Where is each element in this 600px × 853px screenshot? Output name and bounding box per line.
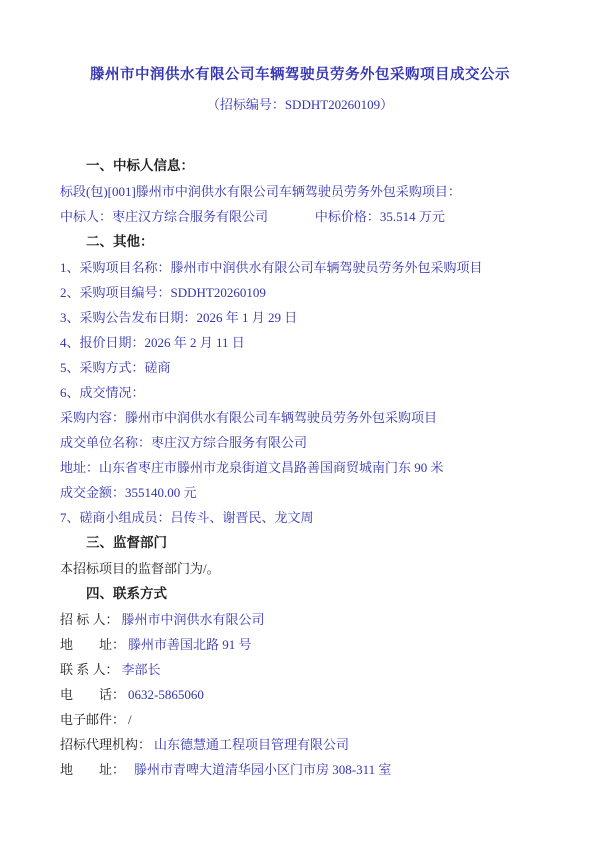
other-item-panel-members: 7、磋商小组成员：吕传斗、谢晋民、龙文周 [60,509,540,526]
other-item-deal-status: 6、成交情况： [60,384,540,401]
contact-label: 招标代理机构： [60,737,151,752]
contact-value: 李部长 [122,662,161,677]
section-heading-other: 二、其他： [86,233,540,250]
other-item-announce-date: 3、采购公告发布日期：2026 年 1 月 29 日 [60,309,540,326]
price-label: 中标价格： [315,209,380,224]
contact-value: 山东德慧通工程项目管理有限公司 [154,737,349,752]
other-item-company-address: 地址：山东省枣庄市滕州市龙泉街道文昌路善国商贸城南门东 90 米 [60,459,540,476]
other-item-deal-amount: 成交金额：355140.00 元 [60,484,540,501]
lot-line: 标段(包)[001]滕州市中润供水有限公司车辆驾驶员劳务外包采购项目： [60,183,540,200]
contact-row-phone: 电 话：0632-5865060 [60,686,540,703]
document-title: 滕州市中润供水有限公司车辆驾驶员劳务外包采购项目成交公示 [60,67,540,84]
price-value: 35.514 万元 [380,209,445,224]
contact-row-tenderer: 招 标 人：滕州市中润供水有限公司 [60,611,540,628]
tender-number-line: （招标编号：SDDHT20260109） [60,96,540,113]
contact-value: 滕州市善国北路 91 号 [128,637,252,652]
other-item-method: 5、采购方式：磋商 [60,359,540,376]
contact-label: 地 址： [60,762,125,777]
other-item-project-number: 2、采购项目编号：SDDHT20260109 [60,284,540,301]
contact-value: 0632-5865060 [128,687,204,702]
document-page: 滕州市中润供水有限公司车辆驾驶员劳务外包采购项目成交公示 （招标编号：SDDHT… [0,0,600,853]
contact-row-person: 联 系 人：李部长 [60,661,540,678]
winner-price-line: 中标人：枣庄汉方综合服务有限公司中标价格：35.514 万元 [60,208,540,225]
section-heading-winner-info: 一、中标人信息： [86,157,540,174]
contact-row-agency-address: 地 址：滕州市青啤大道清华园小区门市房 308-311 室 [60,761,540,778]
contact-label: 招 标 人： [60,612,119,627]
contact-value: 滕州市青啤大道清华园小区门市房 308-311 室 [134,762,391,777]
supervision-body: 本招标项目的监督部门为/。 [60,560,540,577]
contact-value: 滕州市中润供水有限公司 [122,612,265,627]
contact-label: 电 话： [60,687,125,702]
contact-row-email: 电子邮件：/ [60,711,540,728]
contact-row-agency: 招标代理机构：山东德慧通工程项目管理有限公司 [60,736,540,753]
winner-name: 枣庄汉方综合服务有限公司 [112,209,268,224]
other-item-quote-date: 4、报价日期：2026 年 2 月 11 日 [60,334,540,351]
contact-row-address: 地 址：滕州市善国北路 91 号 [60,636,540,653]
other-item-deal-company: 成交单位名称：枣庄汉方综合服务有限公司 [60,434,540,451]
other-item-content: 采购内容：滕州市中润供水有限公司车辆驾驶员劳务外包采购项目 [60,409,540,426]
document-content: 滕州市中润供水有限公司车辆驾驶员劳务外包采购项目成交公示 （招标编号：SDDHT… [0,0,600,778]
contact-value: / [128,712,132,727]
contact-label: 地 址： [60,637,125,652]
contact-label: 电子邮件： [60,712,125,727]
section-heading-supervision: 三、监督部门 [86,534,540,551]
other-item-project-name: 1、采购项目名称：滕州市中润供水有限公司车辆驾驶员劳务外包采购项目 [60,259,540,276]
contact-label: 联 系 人： [60,662,119,677]
winner-label: 中标人： [60,209,112,224]
section-heading-contact: 四、联系方式 [86,585,540,602]
